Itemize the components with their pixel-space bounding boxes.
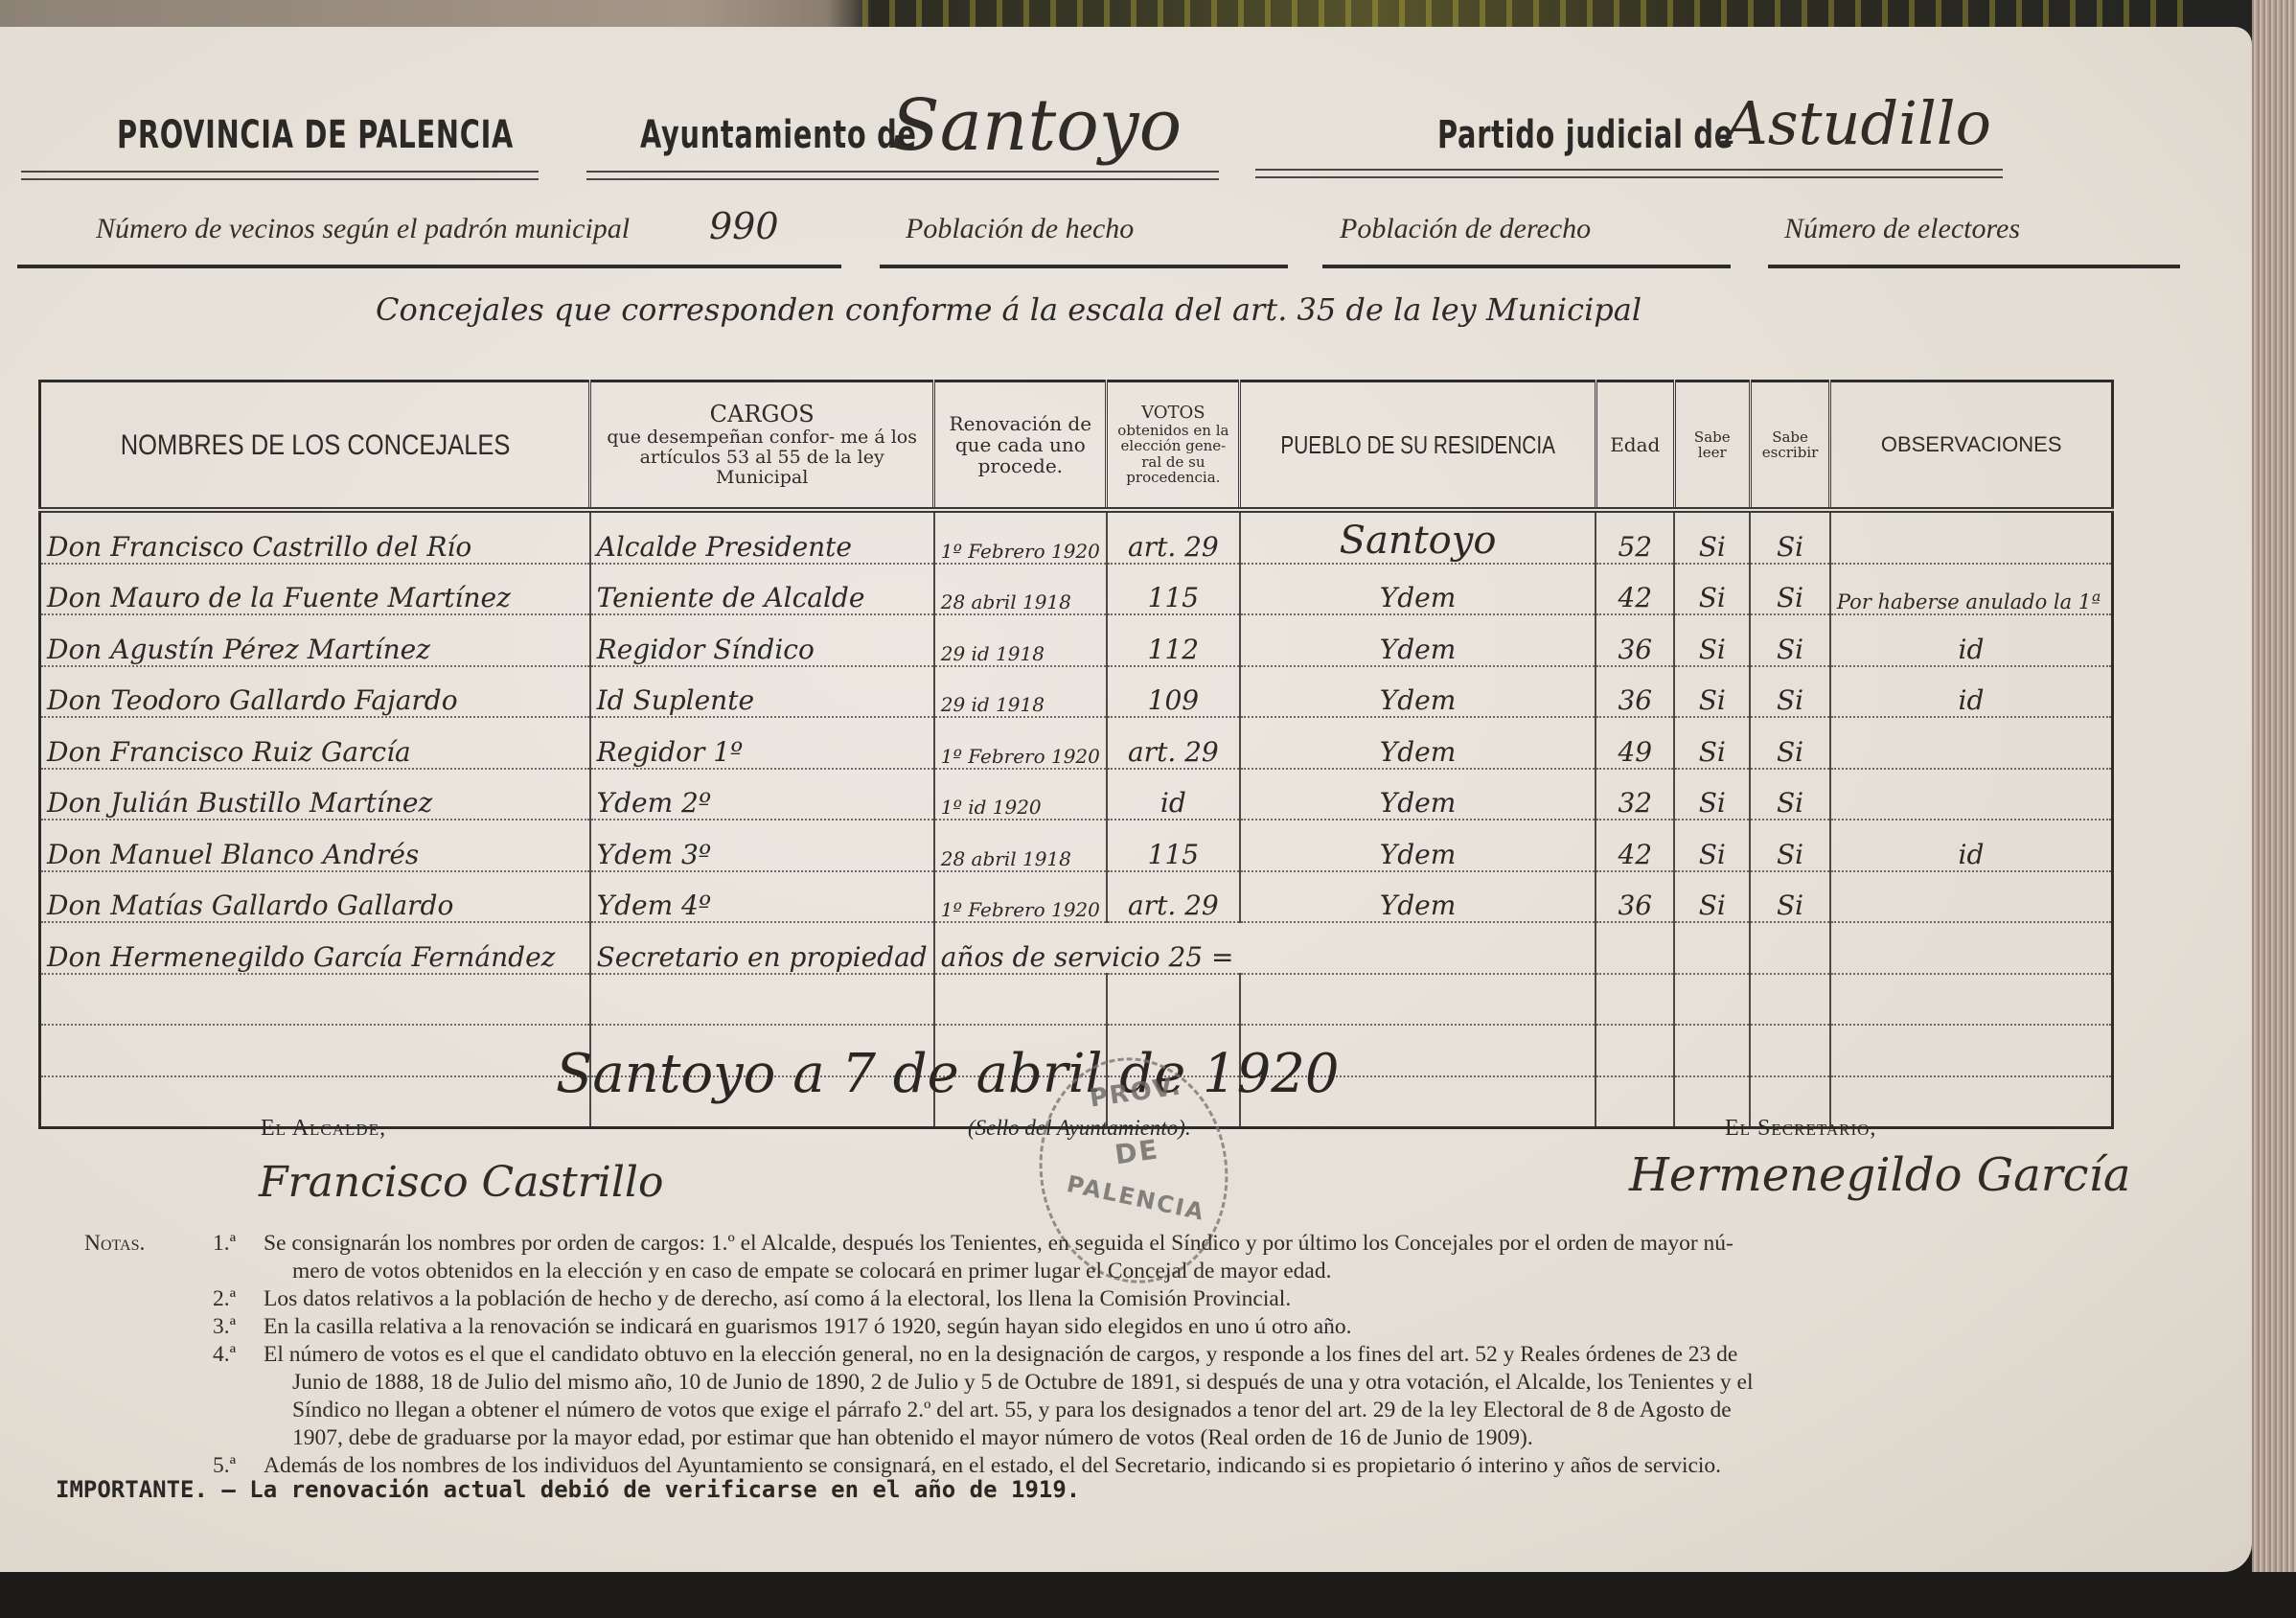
table-row: Don Francisco Ruiz García Regidor 1º 1º … [40, 717, 2113, 769]
cell-pueblo: Ydem [1240, 717, 1596, 769]
cell-renovacion: años de servicio 25 = [934, 922, 1596, 974]
cell-renovacion: 29 id 1918 [934, 614, 1107, 666]
cell-leer: Si [1674, 717, 1750, 769]
cell-edad: 36 [1596, 871, 1674, 923]
cell-cargo [590, 974, 934, 1026]
table-header-row: NOMBRES DE LOS CONCEJALES CARGOS que des… [40, 381, 2113, 511]
alcalde-label: El Alcalde, [261, 1116, 386, 1142]
cell-votos: art. 29 [1107, 717, 1240, 769]
cell-observaciones: id [1830, 666, 2113, 718]
header-rule [1255, 169, 2003, 178]
cell-escribir: Si [1750, 769, 1830, 821]
cell-renovacion: 1º Febrero 1920 [934, 510, 1107, 564]
table-row: Don Francisco Castrillo del Río Alcalde … [40, 510, 2113, 564]
cell-renovacion [934, 974, 1107, 1026]
cell-votos: 115 [1107, 564, 1240, 615]
table-row: Don Julián Bustillo Martínez Ydem 2º 1º … [40, 769, 2113, 821]
cell-cargo: Teniente de Alcalde [590, 564, 934, 615]
cell-pueblo: Ydem [1240, 564, 1596, 615]
note-text: Los datos relativos a la población de he… [264, 1284, 1291, 1314]
cell-pueblo: Santoyo [1240, 510, 1596, 564]
cell-observaciones: Por haberse anulado la 1ª [1830, 564, 2113, 615]
cell-pueblo: Ydem [1240, 614, 1596, 666]
cell-nombre: Don Julián Bustillo Martínez [40, 769, 590, 821]
header-sabe-leer: Sabe leer [1674, 381, 1750, 511]
page-edge [2252, 0, 2296, 1572]
cell-edad [1596, 922, 1674, 974]
cell-escribir: Si [1750, 564, 1830, 615]
header-observaciones: OBSERVACIONES [1830, 381, 2113, 511]
cell-edad [1596, 1025, 1674, 1076]
cell-pueblo: Ydem [1240, 871, 1596, 923]
cell-cargo: Id Suplente [590, 666, 934, 718]
electores-label: Número de electores [1784, 213, 2020, 245]
table-row: Don Agustín Pérez Martínez Regidor Síndi… [40, 614, 2113, 666]
cell-observaciones [1830, 510, 2113, 564]
cell-escribir: Si [1750, 666, 1830, 718]
cell-cargo: Regidor 1º [590, 717, 934, 769]
header-votos-title: VOTOS [1112, 404, 1234, 423]
poblacion-derecho-label: Población de derecho [1340, 213, 1591, 245]
cell-edad: 42 [1596, 820, 1674, 871]
table-row [40, 974, 2113, 1026]
note-number: 2.ª [213, 1284, 236, 1314]
table-row: Don Mauro de la Fuente Martínez Teniente… [40, 564, 2113, 615]
cell-escribir: Si [1750, 717, 1830, 769]
cell-escribir: Si [1750, 510, 1830, 564]
ayuntamiento-value: Santoyo [891, 84, 1182, 167]
cell-votos [1107, 974, 1240, 1026]
note-number: 4.ª [213, 1340, 236, 1370]
cell-votos: 115 [1107, 820, 1240, 871]
cell-edad: 32 [1596, 769, 1674, 821]
cell-nombre: Don Manuel Blanco Andrés [40, 820, 590, 871]
cell-leer: Si [1674, 666, 1750, 718]
note-text: El número de votos es el que el candidat… [264, 1340, 1737, 1370]
cell-edad [1596, 1076, 1674, 1128]
cell-nombre: Don Teodoro Gallardo Fajardo [40, 666, 590, 718]
cell-renovacion: 1º id 1920 [934, 769, 1107, 821]
cell-observaciones: id [1830, 820, 2113, 871]
cell-observaciones [1830, 717, 2113, 769]
note-text-cont: Junio de 1888, 18 de Julio del mismo año… [292, 1368, 1754, 1398]
header-votos-sub: obtenidos en la elección gene- ral de su… [1112, 423, 1234, 486]
cell-leer: Si [1674, 820, 1750, 871]
header-nombres: NOMBRES DE LOS CONCEJALES [81, 381, 549, 511]
cell-pueblo: Ydem [1240, 820, 1596, 871]
cell-edad: 36 [1596, 614, 1674, 666]
cell-cargo: Secretario en propiedad [590, 922, 934, 974]
cell-edad: 49 [1596, 717, 1674, 769]
secretario-label: El Secretario, [1725, 1116, 1876, 1142]
cell-renovacion: 1º Febrero 1920 [934, 871, 1107, 923]
cell-escribir: Si [1750, 871, 1830, 923]
place-date: Santoyo a 7 de abril de 1920 [556, 1043, 1340, 1105]
cell-leer: Si [1674, 871, 1750, 923]
cell-escribir [1750, 974, 1830, 1026]
cell-cargo: Ydem 4º [590, 871, 934, 923]
poblacion-hecho-label: Población de hecho [906, 213, 1134, 245]
important-label: IMPORTANTE. [56, 1476, 208, 1503]
stats-rule [17, 265, 841, 268]
cell-leer: Si [1674, 564, 1750, 615]
cell-nombre: Don Hermenegildo García Fernández [40, 922, 590, 974]
cell-leer [1674, 974, 1750, 1026]
cell-edad: 42 [1596, 564, 1674, 615]
cell-edad: 52 [1596, 510, 1674, 564]
note-text: Se consignarán los nombres por orden de … [264, 1229, 1733, 1259]
cell-votos: id [1107, 769, 1240, 821]
important-notice: IMPORTANTE. — La renovación actual debió… [56, 1476, 1080, 1503]
note-text-cont: Síndico no llegan a obtener el número de… [292, 1396, 1732, 1425]
note-text-cont: 1907, debe de graduarse por la mayor eda… [292, 1423, 1533, 1453]
cell-pueblo: Ydem [1240, 769, 1596, 821]
header-cargos-title: CARGOS [595, 402, 929, 427]
cell-renovacion: 28 abril 1918 [934, 564, 1107, 615]
alcalde-signature: Francisco Castrillo [259, 1158, 663, 1207]
note-number: 1.ª [213, 1229, 236, 1259]
stamp-line3: PALENCIA [1065, 1170, 1207, 1226]
header-cargos-sub: que desempeñan confor- me á los artículo… [595, 428, 929, 488]
cell-nombre: Don Matías Gallardo Gallardo [40, 871, 590, 923]
table-subtitle: Concejales que corresponden conforme á l… [376, 291, 1642, 328]
cell-observaciones: id [1830, 614, 2113, 666]
cell-leer: Si [1674, 510, 1750, 564]
cell-cargo: Alcalde Presidente [590, 510, 934, 564]
cell-pueblo [1240, 974, 1596, 1026]
header-cargos: CARGOS que desempeñan confor- me á los a… [590, 381, 934, 511]
cell-leer: Si [1674, 614, 1750, 666]
cell-escribir [1750, 922, 1830, 974]
notes-label: Notas. [84, 1229, 145, 1259]
stats-rule [880, 265, 1288, 268]
cell-renovacion: 28 abril 1918 [934, 820, 1107, 871]
cell-nombre: Don Agustín Pérez Martínez [40, 614, 590, 666]
cell-edad: 36 [1596, 666, 1674, 718]
table-row: Don Hermenegildo García Fernández Secret… [40, 922, 2113, 974]
cell-nombre: Don Francisco Castrillo del Río [40, 510, 590, 564]
note-number: 3.ª [213, 1312, 236, 1342]
cell-nombre [40, 1025, 590, 1076]
stats-rule [1322, 265, 1731, 268]
cell-nombre: Don Francisco Ruiz García [40, 717, 590, 769]
partido-value: Astudillo [1725, 88, 1991, 158]
header-pueblo: PUEBLO DE SU RESIDENCIA [1275, 381, 1560, 511]
secretario-signature: Hermenegildo García [1629, 1148, 2131, 1202]
note-text-cont: mero de votos obtenidos en la elección y… [292, 1257, 1331, 1286]
table-row: Don Matías Gallardo Gallardo Ydem 4º 1º … [40, 871, 2113, 923]
stats-rule [1768, 265, 2180, 268]
cell-observaciones [1830, 974, 2113, 1026]
vecinos-value: 990 [709, 205, 779, 247]
cell-votos: art. 29 [1107, 871, 1240, 923]
concejales-table: NOMBRES DE LOS CONCEJALES CARGOS que des… [38, 380, 2114, 1129]
cell-cargo: Ydem 2º [590, 769, 934, 821]
stamp-line1: PROV. [1088, 1072, 1183, 1113]
cell-nombre: Don Mauro de la Fuente Martínez [40, 564, 590, 615]
cell-observaciones [1830, 1025, 2113, 1076]
cell-escribir: Si [1750, 614, 1830, 666]
important-text: — La renovación actual debió de verifica… [221, 1476, 1080, 1503]
document-page: PROVINCIA DE PALENCIA Ayuntamiento de Sa… [0, 27, 2252, 1572]
header-edad: Edad [1596, 381, 1674, 511]
cell-observaciones [1830, 871, 2113, 923]
partido-label: Partido judicial de [1437, 113, 1733, 157]
note-text: En la casilla relativa a la renovación s… [264, 1312, 1352, 1342]
cell-cargo: Ydem 3º [590, 820, 934, 871]
cell-leer [1674, 1025, 1750, 1076]
province-title: PROVINCIA DE PALENCIA [117, 113, 514, 157]
cell-escribir [1750, 1025, 1830, 1076]
cell-nombre [40, 974, 590, 1026]
cell-escribir: Si [1750, 820, 1830, 871]
cell-votos: 109 [1107, 666, 1240, 718]
table-row: Don Manuel Blanco Andrés Ydem 3º 28 abri… [40, 820, 2113, 871]
header-renovacion: Renovación de que cada uno procede. [934, 381, 1107, 511]
cell-observaciones [1830, 922, 2113, 974]
table-row: Don Teodoro Gallardo Fajardo Id Suplente… [40, 666, 2113, 718]
header-rule [586, 171, 1219, 180]
cell-leer: Si [1674, 769, 1750, 821]
stamp-line2: DE [1113, 1133, 1161, 1170]
header-rule [21, 171, 539, 180]
header-sabe-escribir: Sabe escribir [1750, 381, 1830, 511]
cell-votos: art. 29 [1107, 510, 1240, 564]
cell-renovacion: 1º Febrero 1920 [934, 717, 1107, 769]
ayuntamiento-label: Ayuntamiento de [640, 113, 917, 157]
cell-edad [1596, 974, 1674, 1026]
header-votos: VOTOS obtenidos en la elección gene- ral… [1107, 381, 1240, 511]
cell-renovacion: 29 id 1918 [934, 666, 1107, 718]
cell-leer [1674, 922, 1750, 974]
cell-cargo: Regidor Síndico [590, 614, 934, 666]
cell-votos: 112 [1107, 614, 1240, 666]
vecinos-label: Número de vecinos según el padrón munici… [96, 213, 630, 245]
cell-observaciones [1830, 769, 2113, 821]
cell-pueblo: Ydem [1240, 666, 1596, 718]
